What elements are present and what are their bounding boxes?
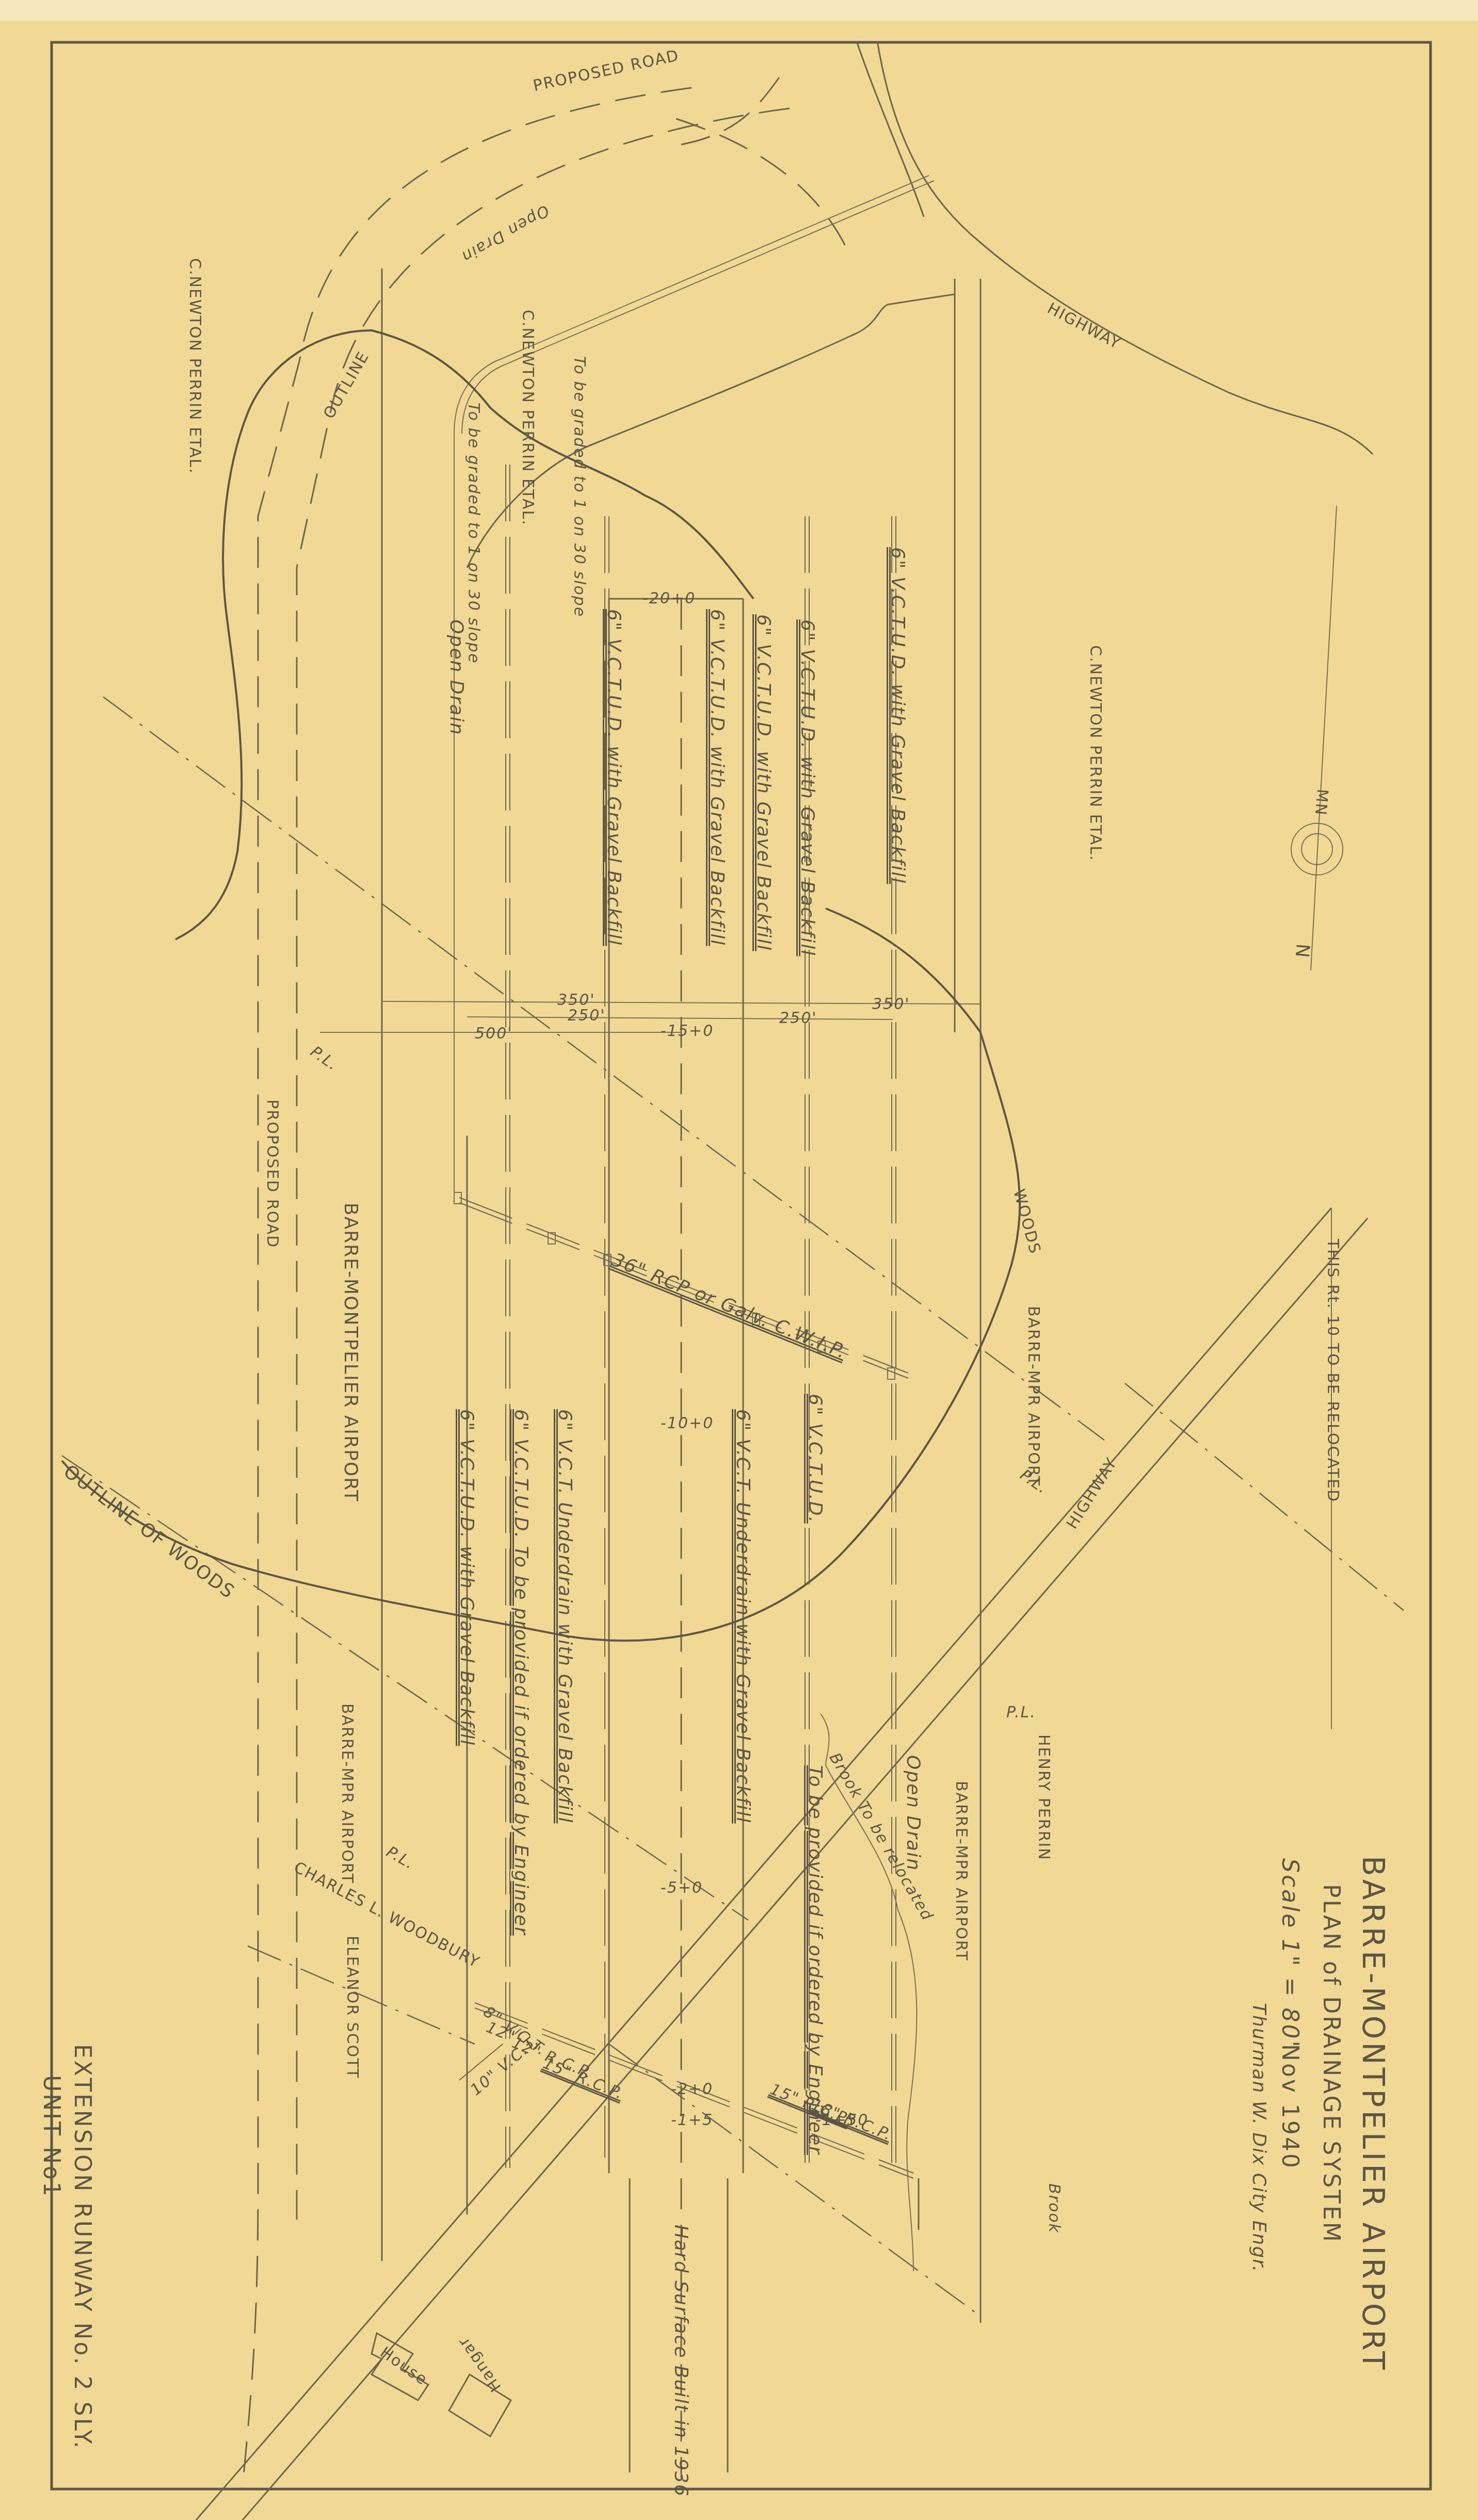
drain-label-upper-4: 6" V.C.T.U.D. with Gravel Backfill bbox=[797, 619, 818, 956]
grading-note-a: To be graded to 1 on 30 slope bbox=[464, 403, 483, 664]
dim-250-right: 250' bbox=[779, 1009, 817, 1027]
station-5: -5+0 bbox=[661, 1879, 703, 1897]
open-drain-label-right: Open Drain bbox=[903, 1755, 924, 1871]
highway-top-edge-2 bbox=[857, 41, 924, 217]
footer-line-1: EXTENSION RUNWAY No. 2 SLY. bbox=[69, 2044, 95, 2450]
owner-henry-perrin: HENRY PERRIN bbox=[1035, 1734, 1053, 1861]
proposed-road-branch bbox=[676, 119, 846, 248]
woods-outline-lower bbox=[62, 908, 1020, 1640]
owner-scott: ELEANOR SCOTT bbox=[343, 1936, 361, 2079]
proposed-road-branch-2 bbox=[681, 77, 779, 145]
field-boundary bbox=[467, 294, 955, 568]
owner-perrin-left: C.NEWTON PERRIN ETAL. bbox=[186, 258, 204, 474]
dim-250-left: 250' bbox=[568, 1007, 606, 1025]
drain-label-upper-3: 6" V.C.T.U.D. with Gravel Backfill bbox=[753, 614, 774, 951]
highway-top-edge-1 bbox=[877, 41, 1373, 454]
owner-airport-left: BARRE-MONTPELIER AIRPORT bbox=[340, 1203, 361, 1502]
north-arrow-n-label: N bbox=[1291, 943, 1313, 959]
footer-line-2: UNIT No1 bbox=[38, 2075, 65, 2198]
drawing-title: BARRE-MONTPELIER AIRPORT bbox=[1356, 1856, 1391, 2373]
proposed-road-label-left: PROPOSED ROAD bbox=[263, 1099, 281, 1248]
station-1-5: -1+5 bbox=[671, 2111, 713, 2129]
grading-note-b: To be graded to 1 on 30 slope bbox=[570, 356, 588, 617]
property-line-mark-2: P.L. bbox=[1006, 1703, 1036, 1721]
drawing-subtitle: PLAN of DRAINAGE SYSTEM bbox=[1318, 1884, 1344, 2244]
brook-label: Brook bbox=[1045, 2183, 1063, 2234]
drain-label-upper-5: 6" V.C.T.U.D. with Gravel Backfill bbox=[887, 547, 908, 884]
station-1-50: -1+50 bbox=[815, 2111, 869, 2129]
open-drain-label-left: Open Drain bbox=[446, 619, 467, 736]
drain-label-lower-2: 6" V.C.T.U.D. To be provided if ordered … bbox=[510, 1409, 532, 1936]
owner-perrin-right: C.NEWTON PERRIN ETAL. bbox=[1086, 645, 1104, 862]
dim-350-right: 350' bbox=[872, 995, 910, 1013]
owner-perrin-center: C.NEWTON PERRIN ETAL. bbox=[519, 310, 537, 526]
station-2: -2+0 bbox=[671, 2080, 713, 2098]
drawing-date: Nov 1940 bbox=[1277, 2044, 1303, 2170]
station-10: -10+0 bbox=[661, 1414, 714, 1432]
engineer-credit: Thurman W. Dix City Engr. bbox=[1248, 2003, 1270, 2273]
drain-label-upper-1: 6" V.C.T.U.D. with Gravel Backfill bbox=[603, 609, 624, 946]
highway-relocation-note: THIS Rt. 10 TO BE RELOCATED bbox=[1324, 1239, 1342, 1503]
drain-label-upper-2: 6" V.C.T.U.D. with Gravel Backfill bbox=[706, 609, 728, 946]
north-arrow-mn-label: MN bbox=[1311, 788, 1331, 817]
owner-airport-right-small: BARRE-MPR AIRPORT bbox=[1024, 1306, 1042, 1487]
dim-500: 500' bbox=[475, 1025, 513, 1043]
drain-label-lower-1: 6" V.C.T.U.D. with Gravel Backfill bbox=[456, 1409, 477, 1746]
station-15: -15+0 bbox=[661, 1022, 714, 1040]
drain-label-lower-5: 6" V.C.T.U.D. bbox=[805, 1394, 826, 1524]
drawing-scale: Scale 1" = 80' bbox=[1277, 1858, 1303, 2049]
highway-diagonal-edge-1 bbox=[196, 1208, 1331, 2520]
hard-surface-note: Hard Surface Built in 1936 bbox=[670, 2225, 692, 2497]
owner-airport-right-lower: BARRE-MPR AIRPORT bbox=[952, 1781, 970, 1961]
drain-label-lower-4: 6" V.C.T. Underdrain with Gravel Backfil… bbox=[732, 1409, 753, 1824]
drain-label-lower-3: 6" V.C.T. Underdrain with Gravel Backfil… bbox=[554, 1409, 575, 1824]
station-20: -20+0 bbox=[642, 589, 696, 608]
owner-airport-left-lower: BARRE-MPR AIRPORT bbox=[338, 1703, 356, 1884]
north-arrow-line bbox=[1311, 506, 1337, 970]
